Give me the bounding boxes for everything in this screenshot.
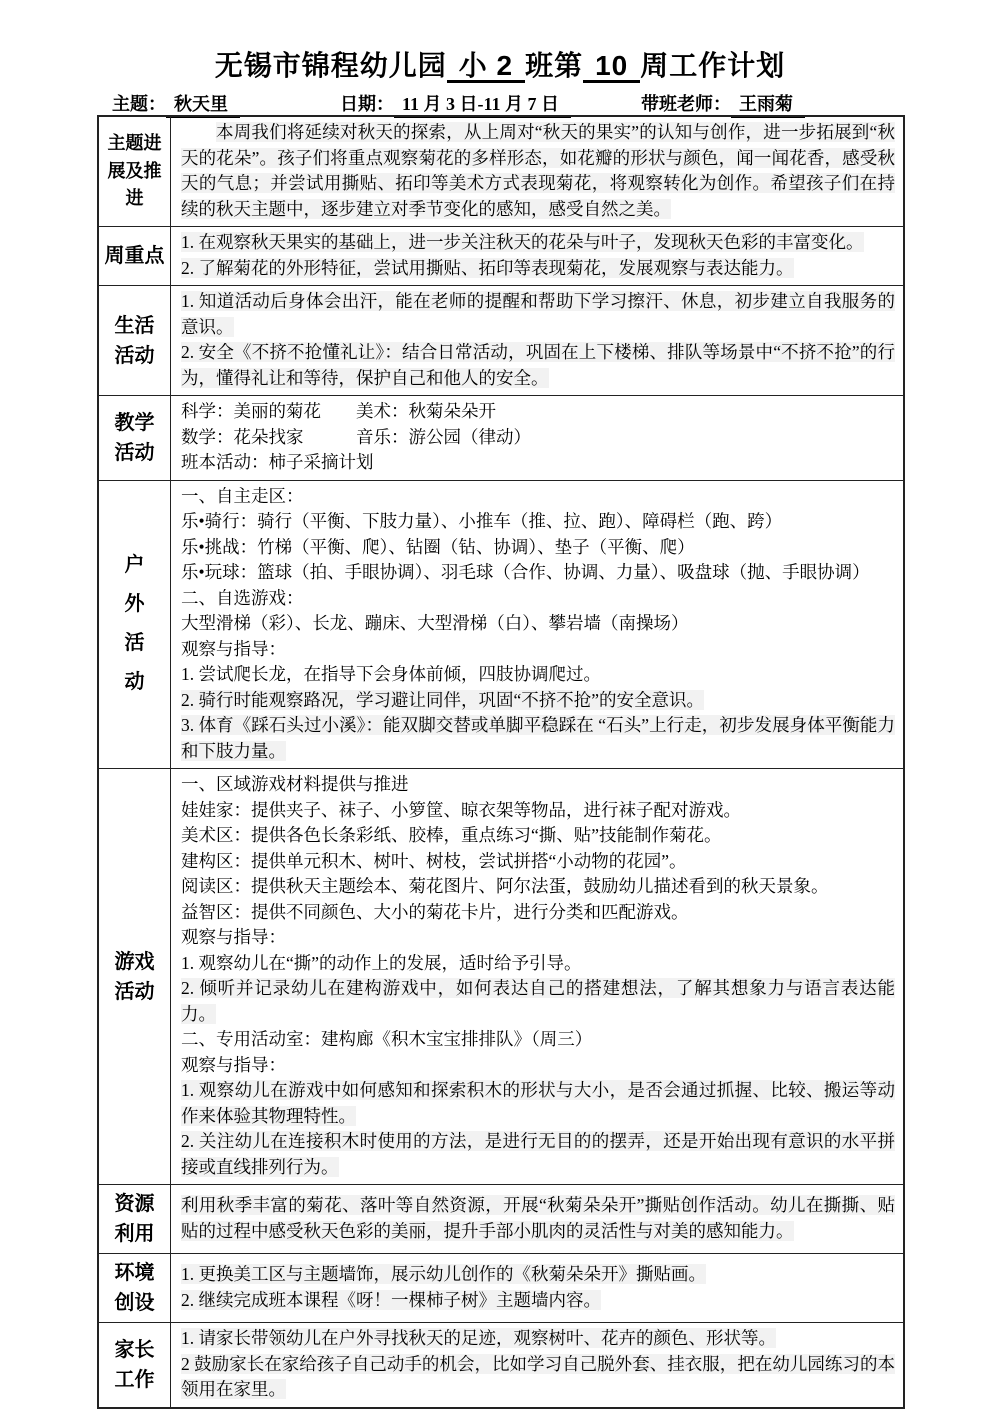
row-content: 1. 在观察秋天果实的基础上，进一步关注秋天的花朵与叶子，发现秋天色彩的丰富变化…: [171, 227, 903, 285]
table-row: 环境创设1. 更换美工区与主题墙饰，展示幼儿创作的《秋菊朵朵开》撕贴画。2. 继…: [99, 1254, 903, 1323]
row-label: 户外活动: [99, 481, 171, 769]
content-line: 观察与指导：: [181, 925, 895, 951]
row-content: 一、区域游戏材料提供与推进娃娃家：提供夹子、袜子、小箩筐、晾衣架等物品，进行袜子…: [171, 769, 903, 1184]
content-line: 2. 了解菊花的外形特征，尝试用撕贴、拓印等表现菊花，发展观察与表达能力。: [181, 256, 895, 282]
date-label: 日期：: [340, 94, 394, 114]
content-line: 1. 请家长带领幼儿在户外寻找秋天的足迹，观察树叶、花卉的颜色、形状等。: [181, 1326, 895, 1352]
title-suffix: 周工作计划: [640, 50, 785, 81]
content-line: 益智区：提供不同颜色、大小的菊花卡片，进行分类和匹配游戏。: [181, 900, 895, 926]
table-row: 家长工作1. 请家长带领幼儿在户外寻找秋天的足迹，观察树叶、花卉的颜色、形状等。…: [99, 1323, 903, 1407]
row-content: 1. 请家长带领幼儿在户外寻找秋天的足迹，观察树叶、花卉的颜色、形状等。2 鼓励…: [171, 1323, 903, 1407]
content-line: 乐•骑行：骑行（平衡、下肢力量）、小推车（推、拉、跑）、障碍栏（跑、跨）: [181, 509, 895, 535]
content-line: 2. 倾听并记录幼儿在建构游戏中，如何表达自己的搭建想法，了解其想象力与语言表达…: [181, 976, 895, 1027]
row-label: 家长工作: [99, 1323, 171, 1407]
content-line: 班本活动：柿子采摘计划: [181, 450, 895, 476]
table-row: 生活活动1. 知道活动后身体会出汗，能在老师的提醒和帮助下学习擦汗、休息，初步建…: [99, 286, 903, 396]
row-content: 本周我们将延续对秋天的探索，从上周对“秋天的果实”的认知与创作，进一步拓展到“秋…: [171, 117, 903, 226]
content-line: 1. 更换美工区与主题墙饰，展示幼儿创作的《秋菊朵朵开》撕贴画。: [181, 1262, 895, 1288]
content-line: 一、区域游戏材料提供与推进: [181, 772, 895, 798]
table-row: 资源利用利用秋季丰富的菊花、落叶等自然资源，开展“秋菊朵朵开”撕贴创作活动。幼儿…: [99, 1185, 903, 1254]
content-line: 美术区：提供各色长条彩纸、胶棒，重点练习“撕、贴”技能制作菊花。: [181, 823, 895, 849]
row-label: 资源利用: [99, 1185, 171, 1253]
row-label: 主题进展及推进: [99, 117, 171, 226]
date-value: 11 月 3 日-11 月 7 日: [394, 90, 571, 118]
title-mid: 班第: [525, 50, 583, 81]
document-page: 无锡市锦程幼儿园小 2班第10周工作计划 主题：秋天里 日期：11 月 3 日-…: [0, 0, 1000, 1415]
row-label: 生活活动: [99, 286, 171, 395]
row-content: 1. 知道活动后身体会出汗，能在老师的提醒和帮助下学习擦汗、休息，初步建立自我服…: [171, 286, 903, 395]
date-field: 日期：11 月 3 日-11 月 7 日: [340, 90, 571, 118]
content-line: 2. 安全《不挤不抢懂礼让》：结合日常活动，巩固在上下楼梯、排队等场景中“不挤不…: [181, 340, 895, 391]
meta-line: 主题：秋天里 日期：11 月 3 日-11 月 7 日 带班老师：王雨菊: [112, 90, 1000, 118]
content-line: 二、自选游戏：: [181, 586, 895, 612]
content-line: 数学：花朵找家 音乐：游公园（律动）: [181, 425, 895, 451]
table-row: 户外活动一、自主走区：乐•骑行：骑行（平衡、下肢力量）、小推车（推、拉、跑）、障…: [99, 481, 903, 770]
content-line: 2 鼓励家长在家给孩子自己动手的机会，比如学习自己脱外套、挂衣服，把在幼儿园练习…: [181, 1352, 895, 1403]
table-row: 游戏活动一、区域游戏材料提供与推进娃娃家：提供夹子、袜子、小箩筐、晾衣架等物品，…: [99, 769, 903, 1185]
row-content: 科学：美丽的菊花 美术：秋菊朵朵开数学：花朵找家 音乐：游公园（律动）班本活动：…: [171, 396, 903, 480]
teacher-value: 王雨菊: [731, 90, 805, 118]
content-line: 阅读区：提供秋天主题绘本、菊花图片、阿尔法蛋，鼓励幼儿描述看到的秋天景象。: [181, 874, 895, 900]
theme-field: 主题：秋天里: [112, 90, 240, 118]
content-line: 乐•挑战：竹梯（平衡、爬）、钻圈（钻、协调）、垫子（平衡、爬）: [181, 535, 895, 561]
theme-value: 秋天里: [166, 90, 240, 118]
content-line: 建构区：提供单元积木、树叶、树枝，尝试拼搭“小动物的花园”。: [181, 849, 895, 875]
title-prefix: 无锡市锦程幼儿园: [215, 50, 447, 81]
content-line: 观察与指导：: [181, 1053, 895, 1079]
content-line: 乐•玩球：篮球（拍、手眼协调）、羽毛球（合作、协调、力量）、吸盘球（抛、手眼协调…: [181, 560, 895, 586]
content-line: 2. 关注幼儿在连接积木时使用的方法，是进行无目的的摆弄，还是开始出现有意识的水…: [181, 1129, 895, 1180]
content-line: 二、专用活动室：建构廊《积木宝宝排排队》（周三）: [181, 1027, 895, 1053]
content-line: 1. 知道活动后身体会出汗，能在老师的提醒和帮助下学习擦汗、休息，初步建立自我服…: [181, 289, 895, 340]
teacher-label: 带班老师：: [641, 94, 731, 114]
row-content: 一、自主走区：乐•骑行：骑行（平衡、下肢力量）、小推车（推、拉、跑）、障碍栏（跑…: [171, 481, 903, 769]
content-line: 一、自主走区：: [181, 484, 895, 510]
content-line: 2. 骑行时能观察路况，学习避让同伴，巩固“不挤不抢”的安全意识。: [181, 688, 895, 714]
content-line: 观察与指导：: [181, 637, 895, 663]
content-line: 科学：美丽的菊花 美术：秋菊朵朵开: [181, 399, 895, 425]
page-title: 无锡市锦程幼儿园小 2班第10周工作计划: [0, 0, 1000, 84]
table-row: 教学活动科学：美丽的菊花 美术：秋菊朵朵开数学：花朵找家 音乐：游公园（律动）班…: [99, 396, 903, 481]
row-content: 利用秋季丰富的菊花、落叶等自然资源，开展“秋菊朵朵开”撕贴创作活动。幼儿在撕撕、…: [171, 1185, 903, 1253]
content-line: 1. 尝试爬长龙，在指导下会身体前倾，四肢协调爬过。: [181, 662, 895, 688]
content-line: 1. 观察幼儿在游戏中如何感知和探索积木的形状与大小，是否会通过抓握、比较、搬运…: [181, 1078, 895, 1129]
content-line: 1. 在观察秋天果实的基础上，进一步关注秋天的花朵与叶子，发现秋天色彩的丰富变化…: [181, 230, 895, 256]
content-line: 1. 观察幼儿在“撕”的动作上的发展，适时给予引导。: [181, 951, 895, 977]
content-line: 2. 继续完成班本课程《呀！一棵柿子树》主题墙内容。: [181, 1288, 895, 1314]
weekly-plan-table: 主题进展及推进本周我们将延续对秋天的探索，从上周对“秋天的果实”的认知与创作，进…: [97, 115, 905, 1409]
content-line: 利用秋季丰富的菊花、落叶等自然资源，开展“秋菊朵朵开”撕贴创作活动。幼儿在撕撕、…: [181, 1193, 895, 1244]
theme-label: 主题：: [112, 94, 166, 114]
title-week-blank: 10: [583, 51, 640, 83]
content-line: 娃娃家：提供夹子、袜子、小箩筐、晾衣架等物品，进行袜子配对游戏。: [181, 798, 895, 824]
row-label: 环境创设: [99, 1254, 171, 1322]
table-row: 主题进展及推进本周我们将延续对秋天的探索，从上周对“秋天的果实”的认知与创作，进…: [99, 117, 903, 227]
content-line: 本周我们将延续对秋天的探索，从上周对“秋天的果实”的认知与创作，进一步拓展到“秋…: [181, 120, 895, 222]
table-row: 周重点1. 在观察秋天果实的基础上，进一步关注秋天的花朵与叶子，发现秋天色彩的丰…: [99, 227, 903, 286]
teacher-field: 带班老师：王雨菊: [641, 90, 805, 118]
row-label: 周重点: [99, 227, 171, 285]
row-label: 游戏活动: [99, 769, 171, 1184]
row-label: 教学活动: [99, 396, 171, 480]
row-content: 1. 更换美工区与主题墙饰，展示幼儿创作的《秋菊朵朵开》撕贴画。2. 继续完成班…: [171, 1254, 903, 1322]
title-class-blank: 小 2: [447, 51, 525, 83]
content-line: 3. 体育《踩石头过小溪》：能双脚交替或单脚平稳踩在 “石头”上行走，初步发展身…: [181, 713, 895, 764]
content-line: 大型滑梯（彩）、长龙、蹦床、大型滑梯（白）、攀岩墙（南操场）: [181, 611, 895, 637]
